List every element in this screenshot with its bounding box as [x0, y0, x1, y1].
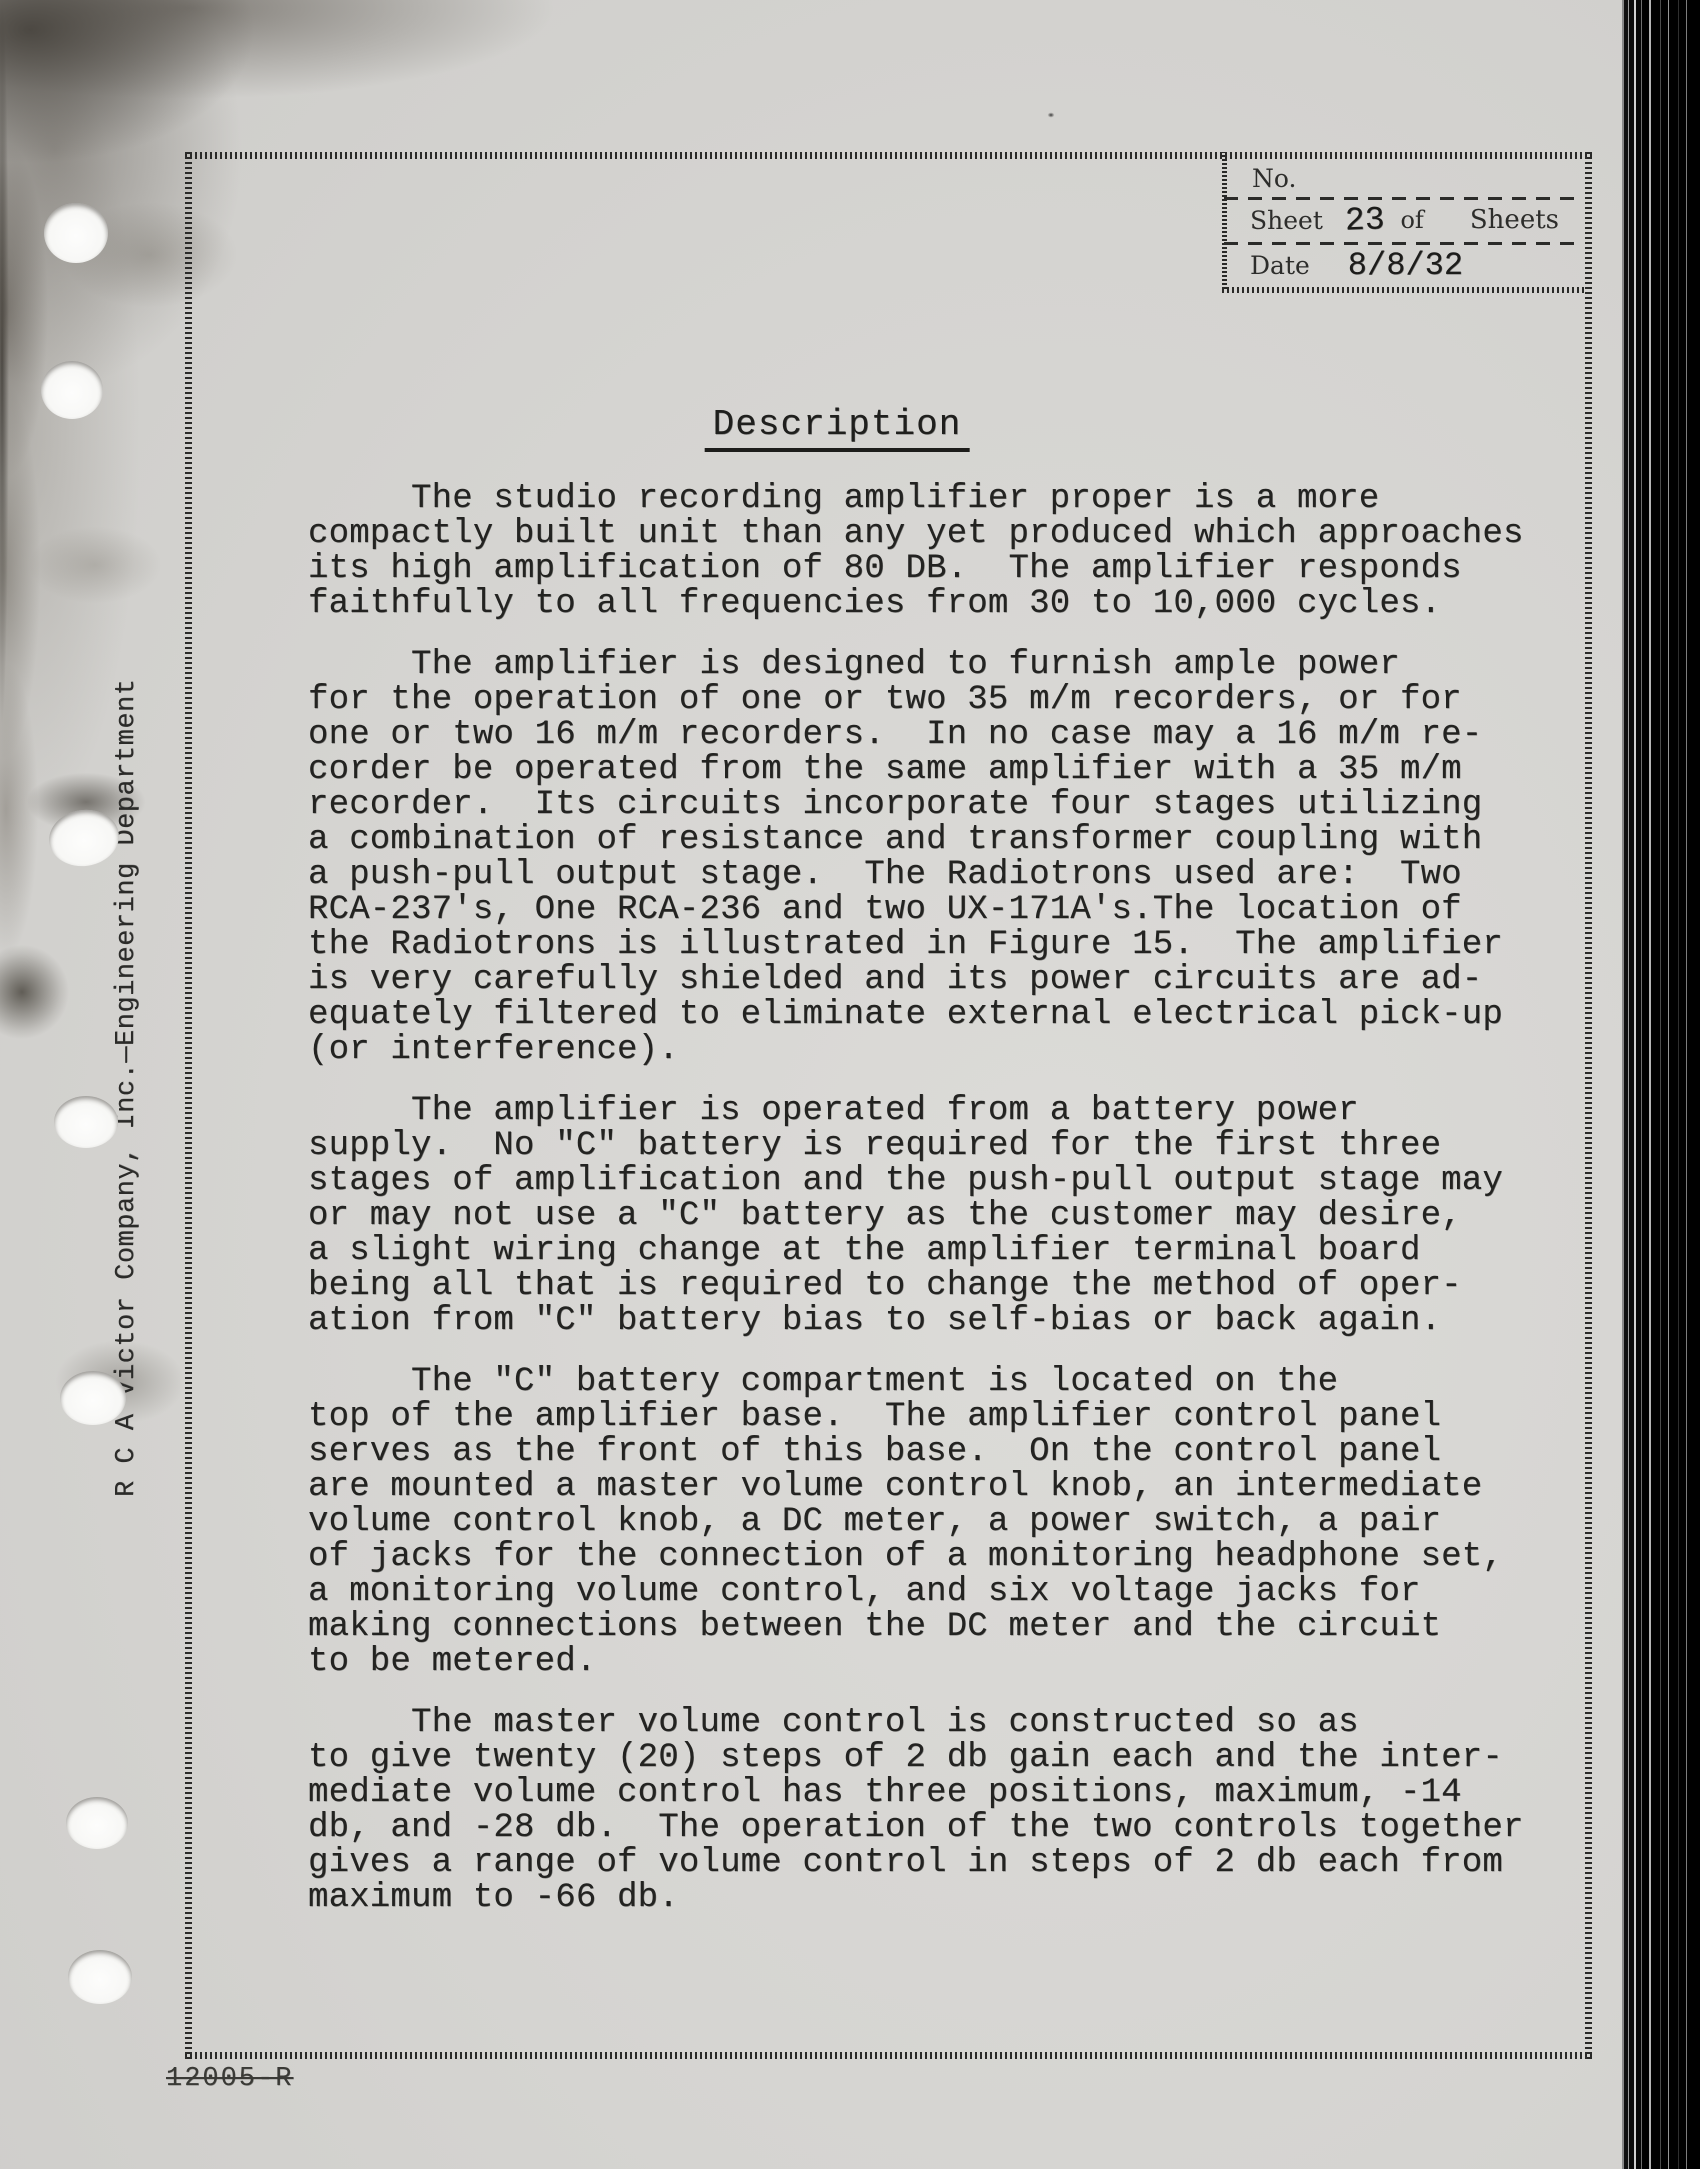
- body-line: ation from "C" battery bias to self-bias…: [308, 1304, 1524, 1339]
- page-border-left: [185, 152, 192, 2059]
- binder-hole: [68, 1950, 132, 2004]
- scanned-document-page: No. Sheet 23 of Sheets Date 8/8/32 R C A…: [0, 0, 1700, 2169]
- scan-edge-band: [1622, 0, 1700, 2169]
- body-line: to be metered.: [308, 1645, 1524, 1680]
- body-line: recorder. Its circuits incorporate four …: [308, 788, 1524, 823]
- page-border-bottom: [185, 2052, 1592, 2059]
- number-row: No.: [1222, 159, 1585, 197]
- sheet-row: Sheet 23 of Sheets: [1222, 199, 1585, 241]
- body-line: The master volume control is constructed…: [308, 1706, 1524, 1741]
- info-box-bottom-border: [1222, 287, 1585, 293]
- body-line: one or two 16 m/m recorders. In no case …: [308, 718, 1524, 753]
- body-line: faithfully to all frequencies from 30 to…: [308, 587, 1524, 622]
- paragraph: The amplifier is designed to furnish amp…: [308, 648, 1524, 1068]
- body-line: its high amplification of 80 DB. The amp…: [308, 552, 1524, 587]
- page-border-right: [1585, 152, 1592, 2059]
- paragraph: The amplifier is operated from a battery…: [308, 1094, 1524, 1339]
- body-line: a combination of resistance and transfor…: [308, 823, 1524, 858]
- sheet-number-value: 23: [1344, 201, 1385, 239]
- date-label: Date: [1250, 251, 1310, 280]
- body-line: to give twenty (20) steps of 2 db gain e…: [308, 1741, 1524, 1776]
- margin-note: R C A Victor Company, Inc.—Engineering D…: [112, 679, 142, 1497]
- date-row: Date 8/8/32: [1222, 244, 1585, 286]
- body-line: serves as the front of this base. On the…: [308, 1435, 1524, 1470]
- body-line: RCA-237's, One RCA-236 and two UX-171A's…: [308, 893, 1524, 928]
- binder-hole: [54, 1096, 118, 1148]
- body-line: a slight wiring change at the amplifier …: [308, 1234, 1524, 1269]
- body-line: The "C" battery compartment is located o…: [308, 1365, 1524, 1400]
- body-line: gives a range of volume control in steps…: [308, 1846, 1524, 1881]
- sheet-info-box: No. Sheet 23 of Sheets Date 8/8/32: [1222, 159, 1585, 289]
- body-line: stages of amplification and the push-pul…: [308, 1164, 1524, 1199]
- body-line: of jacks for the connection of a monitor…: [308, 1540, 1524, 1575]
- body-line: equately filtered to eliminate external …: [308, 998, 1524, 1033]
- page-title: Description: [705, 404, 970, 452]
- body-line: The amplifier is operated from a battery…: [308, 1094, 1524, 1129]
- binder-hole: [45, 805, 122, 870]
- of-label: of: [1400, 206, 1423, 234]
- body-line: top of the amplifier base. The amplifier…: [308, 1400, 1524, 1435]
- binder-hole: [44, 203, 108, 263]
- binder-hole: [66, 1797, 128, 1849]
- sheet-label: Sheet: [1250, 206, 1323, 235]
- page-border-top: [185, 152, 1592, 159]
- body-line: are mounted a master volume control knob…: [308, 1470, 1524, 1505]
- body-line: compactly built unit than any yet produc…: [308, 517, 1524, 552]
- binder-hole: [60, 1371, 126, 1425]
- body-line: The amplifier is designed to furnish amp…: [308, 648, 1524, 683]
- footer-code: 12005-R: [166, 2064, 293, 2094]
- body-line: making connections between the DC meter …: [308, 1610, 1524, 1645]
- paragraph: The studio recording amplifier proper is…: [308, 482, 1524, 622]
- number-label: No.: [1252, 164, 1296, 193]
- binder-hole: [41, 361, 103, 419]
- body-line: the Radiotrons is illustrated in Figure …: [308, 928, 1524, 963]
- document-body: The studio recording amplifier proper is…: [308, 482, 1524, 1942]
- body-line: a push-pull output stage. The Radiotrons…: [308, 858, 1524, 893]
- body-line: db, and -28 db. The operation of the two…: [308, 1811, 1524, 1846]
- body-line: is very carefully shielded and its power…: [308, 963, 1524, 998]
- paragraph: The "C" battery compartment is located o…: [308, 1365, 1524, 1680]
- paragraph: The master volume control is constructed…: [308, 1706, 1524, 1916]
- body-line: supply. No "C" battery is required for t…: [308, 1129, 1524, 1164]
- date-value: 8/8/32: [1348, 247, 1463, 284]
- body-line: (or interference).: [308, 1033, 1524, 1068]
- body-line: mediate volume control has three positio…: [308, 1776, 1524, 1811]
- body-line: volume control knob, a DC meter, a power…: [308, 1505, 1524, 1540]
- sheets-label: Sheets: [1470, 205, 1559, 235]
- body-line: a monitoring volume control, and six vol…: [308, 1575, 1524, 1610]
- body-line: or may not use a "C" battery as the cust…: [308, 1199, 1524, 1234]
- body-line: The studio recording amplifier proper is…: [308, 482, 1524, 517]
- body-line: maximum to -66 db.: [308, 1881, 1524, 1916]
- body-line: for the operation of one or two 35 m/m r…: [308, 683, 1524, 718]
- body-line: being all that is required to change the…: [308, 1269, 1524, 1304]
- body-line: corder be operated from the same amplifi…: [308, 753, 1524, 788]
